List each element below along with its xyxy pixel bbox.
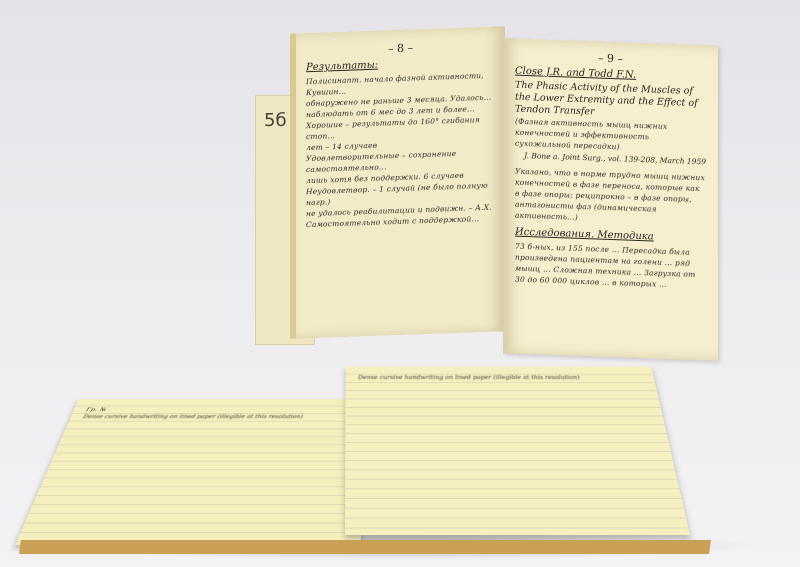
handwritten-text: Dense cursive handwriting on lined paper… — [81, 413, 364, 421]
sheet-number: 5б — [264, 110, 287, 131]
header-note: Гр. № — [85, 406, 366, 414]
notebook-page-edge — [19, 540, 711, 554]
page-number: – 9 – — [515, 49, 706, 69]
page-number: – 8 – — [306, 39, 495, 59]
flat-notebook-right-page: Dense cursive handwriting on lined paper… — [345, 366, 690, 535]
upright-notebook-right-page: – 9 – Close J.R. and Todd F.N. The Phasi… — [503, 38, 718, 361]
upright-notebook-left-page: – 8 – Результаты: Полисинапт. начало фаз… — [290, 26, 505, 339]
paragraph: 73 б-ных, из 155 после ... Пересадка был… — [515, 241, 706, 292]
handwritten-text: Dense cursive handwriting on lined paper… — [358, 374, 642, 382]
paragraph: Указано, что в норме трудно мышц нижних … — [515, 166, 706, 228]
title-translation: (Фазная активность мышц нижних конечност… — [515, 116, 706, 156]
flat-notebook-left-page: Гр. № Dense cursive handwriting on lined… — [15, 399, 379, 545]
